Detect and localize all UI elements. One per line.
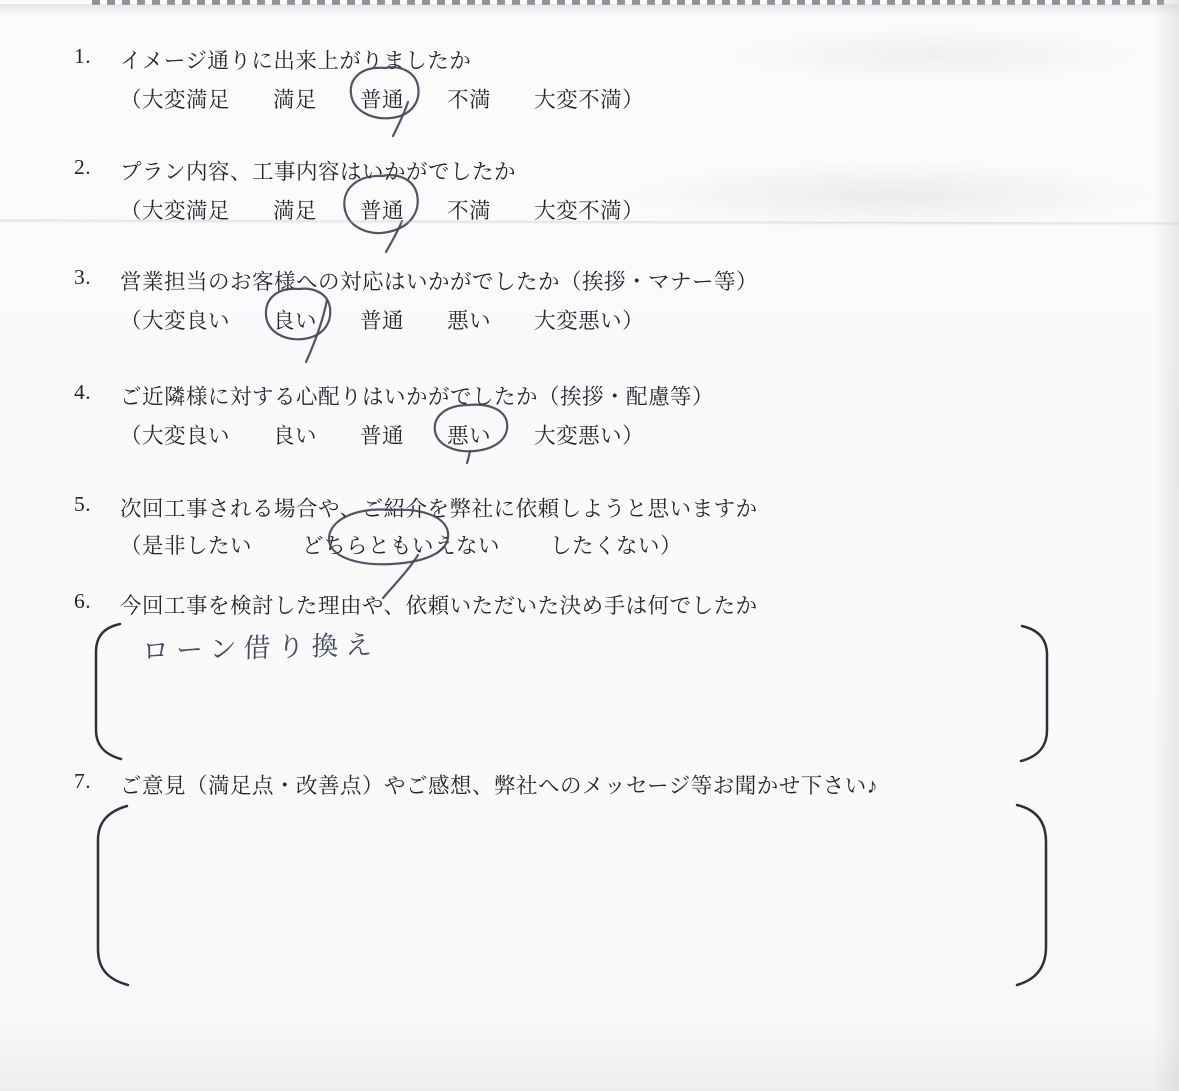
answer-bracket-left	[90, 617, 130, 765]
paren-open: （	[120, 83, 142, 114]
question-1: 1. イメージ通りに出来上がりましたか	[0, 44, 1160, 72]
paren-close: ）	[622, 83, 644, 114]
question-text: ご近隣様に対する心配りはいかがでしたか（挨拶・配慮等）	[120, 380, 714, 411]
question-number: 4.	[74, 380, 91, 405]
question-text: ご意見（満足点・改善点）やご感想、弊社へのメッセージ等お聞かせ下さい♪	[120, 769, 878, 800]
question-number: 3.	[74, 265, 91, 290]
paren-close: ）	[622, 304, 644, 335]
answer-bracket-left	[92, 799, 136, 993]
option-label: 普通	[360, 83, 404, 114]
option-label: 大変悪い	[534, 419, 622, 450]
question-text: イメージ通りに出来上がりましたか	[120, 44, 471, 75]
question-3: 3. 営業担当のお客様への対応はいかがでしたか（挨拶・マナー等）	[0, 265, 1160, 293]
option-label: 悪い	[447, 304, 491, 335]
paren-close: ）	[622, 419, 644, 450]
option-label: どちらともいえない	[302, 529, 500, 560]
answer-bracket-right	[1008, 799, 1052, 993]
option-label: 是非したい	[142, 529, 252, 560]
scan-smudge	[620, 160, 1160, 230]
question-4: 4. ご近隣様に対する心配りはいかがでしたか（挨拶・配慮等）	[0, 380, 1160, 408]
paren-open: （	[120, 304, 142, 335]
question-text: 次回工事される場合や、ご紹介を弊社に依頼しようと思いますか	[120, 492, 758, 523]
paren-close: ）	[660, 529, 682, 560]
question-number: 7.	[74, 769, 91, 794]
question-7: 7. ご意見（満足点・改善点）やご感想、弊社へのメッセージ等お聞かせ下さい♪	[0, 769, 1160, 797]
question-number: 5.	[74, 492, 91, 517]
option-label: 良い	[273, 304, 317, 335]
scan-shadow-top	[0, 4, 1179, 16]
option-label: 普通	[360, 304, 404, 335]
option-label: 良い	[273, 419, 317, 450]
option-label: 満足	[273, 83, 317, 114]
option-label: 大変満足	[142, 83, 230, 114]
option-label: 悪い	[447, 419, 491, 450]
question-1-options: （大変満足満足普通不満大変不満）	[120, 83, 1160, 113]
option-label: したくない	[550, 529, 660, 560]
question-text: 営業担当のお客様への対応はいかがでしたか（挨拶・マナー等）	[120, 265, 758, 296]
option-label: 不満	[447, 83, 491, 114]
paper-edge-shadow-right	[1153, 0, 1179, 1091]
handwritten-answer: ローン借り換え	[142, 623, 380, 669]
question-text: 今回工事を検討した理由や、依頼いただいた決め手は何でしたか	[120, 589, 758, 620]
answer-bracket-right	[1012, 620, 1054, 768]
paper-edge-shadow-bottom	[0, 1031, 1179, 1091]
question-number: 1.	[74, 44, 91, 69]
paren-open: （	[120, 419, 142, 450]
question-text: プラン内容、工事内容はいかがでしたか	[120, 155, 516, 186]
paren-open: （	[120, 529, 142, 560]
option-label: 普通	[360, 419, 404, 450]
question-6: 6. 今回工事を検討した理由や、依頼いただいた決め手は何でしたか	[0, 589, 1160, 617]
question-number: 2.	[74, 155, 91, 180]
option-label: 大変不満	[534, 83, 622, 114]
question-5-options: （是非したいどちらともいえないしたくない）	[120, 529, 1160, 559]
option-label: 大変悪い	[534, 304, 622, 335]
question-4-options: （大変良い良い普通悪い大変悪い）	[120, 419, 1160, 449]
question-3-options: （大変良い良い普通悪い大変悪い）	[120, 304, 1160, 334]
scanned-survey-page: 1. イメージ通りに出来上がりましたか （大変満足満足普通不満大変不満） 2. …	[0, 0, 1179, 1091]
option-label: 大変良い	[142, 419, 230, 450]
option-label: 大変良い	[142, 304, 230, 335]
question-number: 6.	[74, 589, 91, 614]
question-5: 5. 次回工事される場合や、ご紹介を弊社に依頼しようと思いますか	[0, 492, 1160, 520]
